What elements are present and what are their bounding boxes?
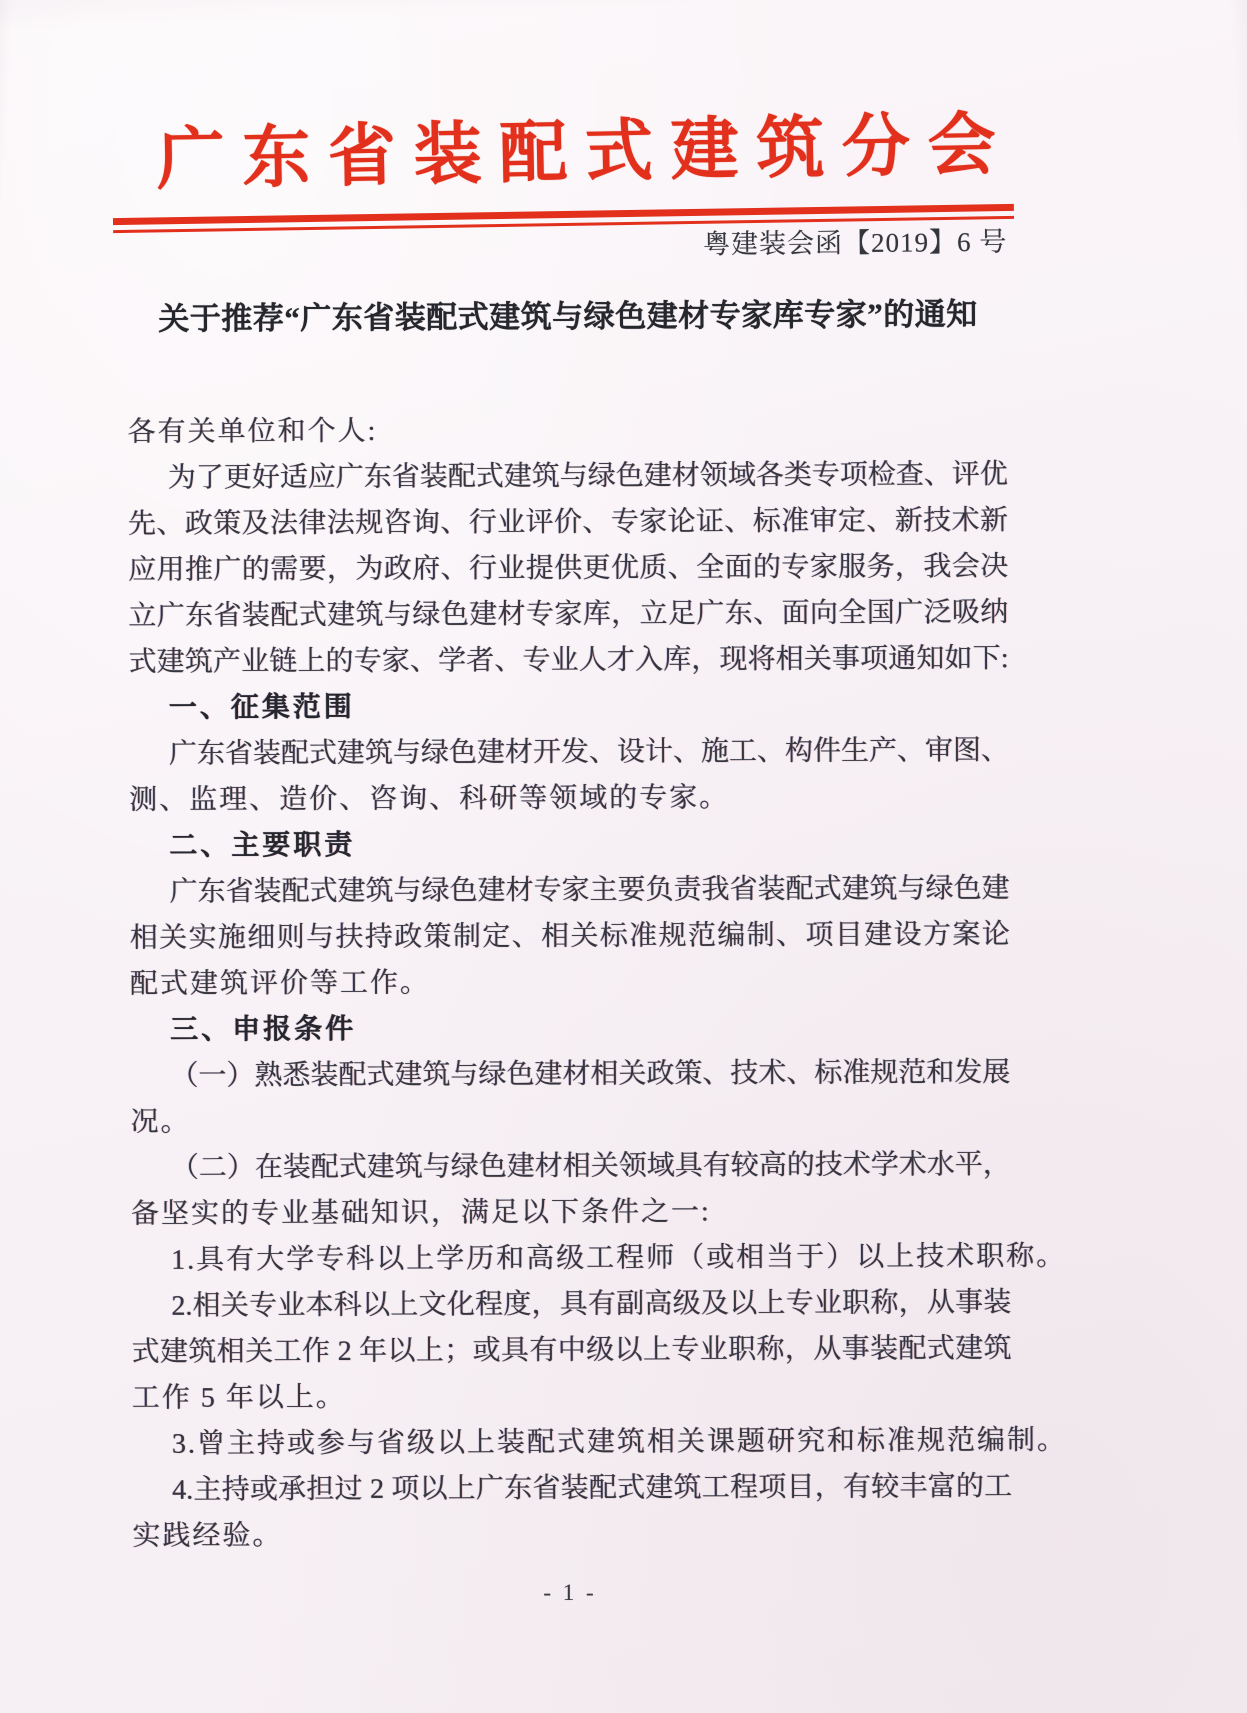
body-text-line: 应用推广的需要，为政府、行业提供更优质、全面的专家服务，我会决定成 <box>128 544 1008 594</box>
body-text-line: 相关实施细则与扶持政策制定、相关标准规范编制、项目建设方案论证、装 <box>130 912 1010 962</box>
body-text-line: 式建筑相关工作 2 年以上；或具有中级以上专业职称，从事装配式建筑相关 <box>132 1326 1012 1376</box>
document-body: 各有关单位和个人:为了更好适应广东省装配式建筑与绿色建材领域各类专项检查、评优评… <box>127 406 1012 1560</box>
body-text-line: （一）熟悉装配式建筑与绿色建材相关政策、技术、标准规范和发展情 <box>130 1050 1010 1100</box>
document-title: 关于推荐“广东省装配式建筑与绿色建材专家库专家”的通知 <box>118 293 1018 340</box>
body-text-line: 先、政策及法律法规咨询、行业评价、专家论证、标准审定、新技术新工艺 <box>128 498 1008 548</box>
body-text-line: 工作 5 年以上。 <box>132 1372 1012 1422</box>
body-text-line: 3.曾主持或参与省级以上装配式建筑相关课题研究和标准规范编制。 <box>132 1418 1012 1468</box>
body-text-line: 备坚实的专业基础知识，满足以下条件之一: <box>131 1188 1011 1238</box>
body-text-line: （二）在装配式建筑与绿色建材相关领域具有较高的技术学术水平，具 <box>131 1142 1011 1192</box>
document-reference-number: 粤建装会函【2019】6 号 <box>703 225 1008 262</box>
body-text-line: 配式建筑评价等工作。 <box>130 958 1010 1008</box>
section-heading-line: 一、征集范围 <box>129 682 1009 732</box>
body-text-line: 广东省装配式建筑与绿色建材开发、设计、施工、构件生产、审图、检 <box>129 728 1009 778</box>
body-text-line: 实践经验。 <box>132 1510 1012 1560</box>
body-text-line: 各有关单位和个人: <box>127 406 1007 456</box>
page-number: - 1 - <box>130 1578 1010 1608</box>
org-letterhead-title: 广东省装配式建筑分会 <box>0 91 1171 212</box>
body-text-line: 测、监理、造价、咨询、科研等领域的专家。 <box>129 774 1009 824</box>
body-text-line: 2.相关专业本科以上文化程度，具有副高级及以上专业职称，从事装配 <box>131 1280 1011 1330</box>
body-text-line: 4.主持或承担过 2 项以上广东省装配式建筑工程项目，有较丰富的工程 <box>132 1464 1012 1514</box>
body-text-line: 为了更好适应广东省装配式建筑与绿色建材领域各类专项检查、评优评 <box>128 452 1008 502</box>
body-text-line: 式建筑产业链上的专家、学者、专业人才入库，现将相关事项通知如下: <box>128 636 1008 686</box>
body-text-line: 广东省装配式建筑与绿色建材专家主要负责我省装配式建筑与绿色建材 <box>130 866 1010 916</box>
scanned-document-page: 广东省装配式建筑分会 粤建装会函【2019】6 号 关于推荐“广东省装配式建筑与… <box>0 0 1247 1713</box>
body-text-line: 立广东省装配式建筑与绿色建材专家库，立足广东、面向全国广泛吸纳装配 <box>128 590 1008 640</box>
section-heading-line: 三、申报条件 <box>130 1004 1010 1054</box>
section-heading-line: 二、主要职责 <box>129 820 1009 870</box>
body-text-line: 况。 <box>131 1096 1011 1146</box>
body-text-line: 1.具有大学专科以上学历和高级工程师（或相当于）以上技术职称。 <box>131 1234 1011 1284</box>
